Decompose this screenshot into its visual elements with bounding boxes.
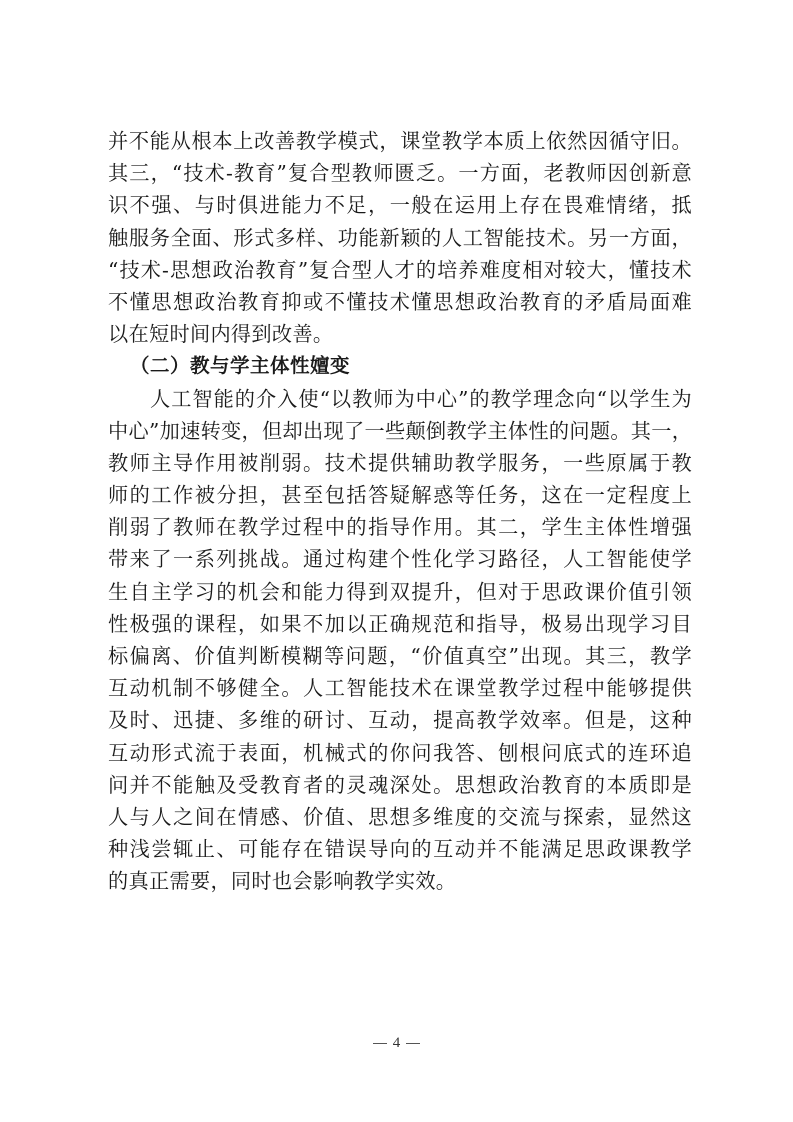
text-line: 人工智能的介入使“以教师为中心”的教学理念向“以学生为 (108, 383, 692, 415)
text-line: 并不能从根本上改善教学模式，课堂教学本质上依然因循守旧。 (108, 125, 692, 157)
text-line: 削弱了教师在教学过程中的指导作用。其二，学生主体性增强 (108, 511, 692, 543)
continuation-paragraph: 并不能从根本上改善教学模式，课堂教学本质上依然因循守旧。 其三，“技术-教育”复… (108, 125, 692, 350)
text-line: 种浅尝辄止、可能存在错误导向的互动并不能满足思政课教学 (108, 833, 692, 865)
text-line: 生自主学习的机会和能力得到双提升，但对于思政课价值引领 (108, 576, 692, 608)
text-line: 互动机制不够健全。人工智能技术在课堂教学过程中能够提供 (108, 672, 692, 704)
text-line: 人与人之间在情感、价值、思想多维度的交流与探索，显然这 (108, 801, 692, 833)
text-line: 标偏离、价值判断模糊等问题，“价值真空”出现。其三，教学 (108, 640, 692, 672)
text-line: 性极强的课程，如果不加以正确规范和指导，极易出现学习目 (108, 608, 692, 640)
text-line: 问并不能触及受教育者的灵魂深处。思想政治教育的本质即是 (108, 769, 692, 801)
text-line: 教师主导作用被削弱。技术提供辅助教学服务，一些原属于教 (108, 447, 692, 479)
dash-left (373, 1043, 387, 1044)
text-line: 以在短时间内得到改善。 (108, 318, 692, 350)
section-paragraph: 人工智能的介入使“以教师为中心”的教学理念向“以学生为 中心”加速转变，但却出现… (108, 383, 692, 898)
text-line: 及时、迅捷、多维的研讨、互动，提高教学效率。但是，这种 (108, 704, 692, 736)
dash-right (406, 1043, 420, 1044)
text-line: 师的工作被分担，甚至包括答疑解惑等任务，这在一定程度上 (108, 479, 692, 511)
text-line: “技术-思想政治教育”复合型人才的培养难度相对较大，懂技术 (108, 254, 692, 286)
text-line: 不懂思想政治教育抑或不懂技术懂思想政治教育的矛盾局面难 (108, 286, 692, 318)
text-line: 其三，“技术-教育”复合型教师匮乏。一方面，老教师因创新意 (108, 157, 692, 189)
section-heading: （二）教与学主体性嬗变 (108, 350, 692, 382)
text-line: 识不强、与时俱进能力不足，一般在运用上存在畏难情绪，抵 (108, 189, 692, 221)
document-page: 并不能从根本上改善教学模式，课堂教学本质上依然因循守旧。 其三，“技术-教育”复… (0, 0, 793, 1122)
text-line: 触服务全面、形式多样、功能新颖的人工智能技术。另一方面， (108, 222, 692, 254)
page-number: 4 (0, 1035, 793, 1052)
page-number-value: 4 (393, 1035, 401, 1051)
text-line: 带来了一系列挑战。通过构建个性化学习路径，人工智能使学 (108, 543, 692, 575)
text-line: 的真正需要，同时也会影响教学实效。 (108, 865, 692, 897)
body-text: 并不能从根本上改善教学模式，课堂教学本质上依然因循守旧。 其三，“技术-教育”复… (108, 125, 692, 898)
text-line: 互动形式流于表面，机械式的你问我答、刨根问底式的连环追 (108, 737, 692, 769)
text-line: 中心”加速转变，但却出现了一些颠倒教学主体性的问题。其一， (108, 415, 692, 447)
